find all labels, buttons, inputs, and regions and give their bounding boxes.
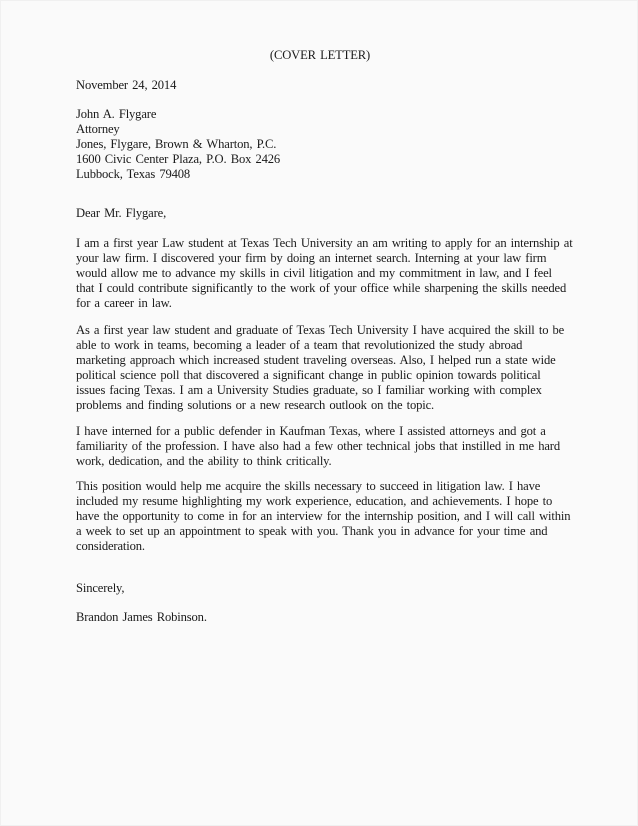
paragraph-line: have the opportunity to come in for an i… xyxy=(76,509,576,524)
paragraph-closing-request: This position would help me acquire the … xyxy=(76,479,576,554)
letter-date: November 24, 2014 xyxy=(76,78,176,93)
paragraph-intro: I am a first year Law student at Texas T… xyxy=(76,236,576,311)
recipient-street: 1600 Civic Center Plaza, P.O. Box 2426 xyxy=(76,152,280,167)
paragraph-line: I have interned for a public defender in… xyxy=(76,424,576,439)
recipient-address: John A. Flygare Attorney Jones, Flygare,… xyxy=(76,107,280,182)
paragraph-line: able to work in teams, becoming a leader… xyxy=(76,338,576,353)
paragraph-line: work, dedication, and the ability to thi… xyxy=(76,454,576,469)
paragraph-line: issues facing Texas. I am a University S… xyxy=(76,383,576,398)
recipient-position: Attorney xyxy=(76,122,280,137)
paragraph-line: marketing approach which increased stude… xyxy=(76,353,576,368)
paragraph-line: This position would help me acquire the … xyxy=(76,479,576,494)
paragraph-experience: As a first year law student and graduate… xyxy=(76,323,576,413)
recipient-name: John A. Flygare xyxy=(76,107,280,122)
paragraph-line: a week to set up an appointment to speak… xyxy=(76,524,576,539)
recipient-firm: Jones, Flygare, Brown & Wharton, P.C. xyxy=(76,137,280,152)
paragraph-internship: I have interned for a public defender in… xyxy=(76,424,576,469)
paragraph-line: consideration. xyxy=(76,539,576,554)
paragraph-line: familiarity of the profession. I have al… xyxy=(76,439,576,454)
paragraph-line: your law firm. I discovered your firm by… xyxy=(76,251,576,266)
paragraph-line: problems and finding solutions or a new … xyxy=(76,398,576,413)
closing: Sincerely, xyxy=(76,581,124,596)
paragraph-line: that I could contribute significantly to… xyxy=(76,281,576,296)
signature: Brandon James Robinson. xyxy=(76,610,207,625)
paragraph-line: political science poll that discovered a… xyxy=(76,368,576,383)
recipient-city: Lubbock, Texas 79408 xyxy=(76,167,280,182)
paragraph-line: I am a first year Law student at Texas T… xyxy=(76,236,576,251)
letter-title: (COVER LETTER) xyxy=(1,48,638,63)
cover-letter-page: (COVER LETTER) November 24, 2014 John A.… xyxy=(0,0,638,826)
paragraph-line: included my resume highlighting my work … xyxy=(76,494,576,509)
paragraph-line: As a first year law student and graduate… xyxy=(76,323,576,338)
salutation: Dear Mr. Flygare, xyxy=(76,206,166,221)
paragraph-line: for a career in law. xyxy=(76,296,576,311)
paragraph-line: would allow me to advance my skills in c… xyxy=(76,266,576,281)
